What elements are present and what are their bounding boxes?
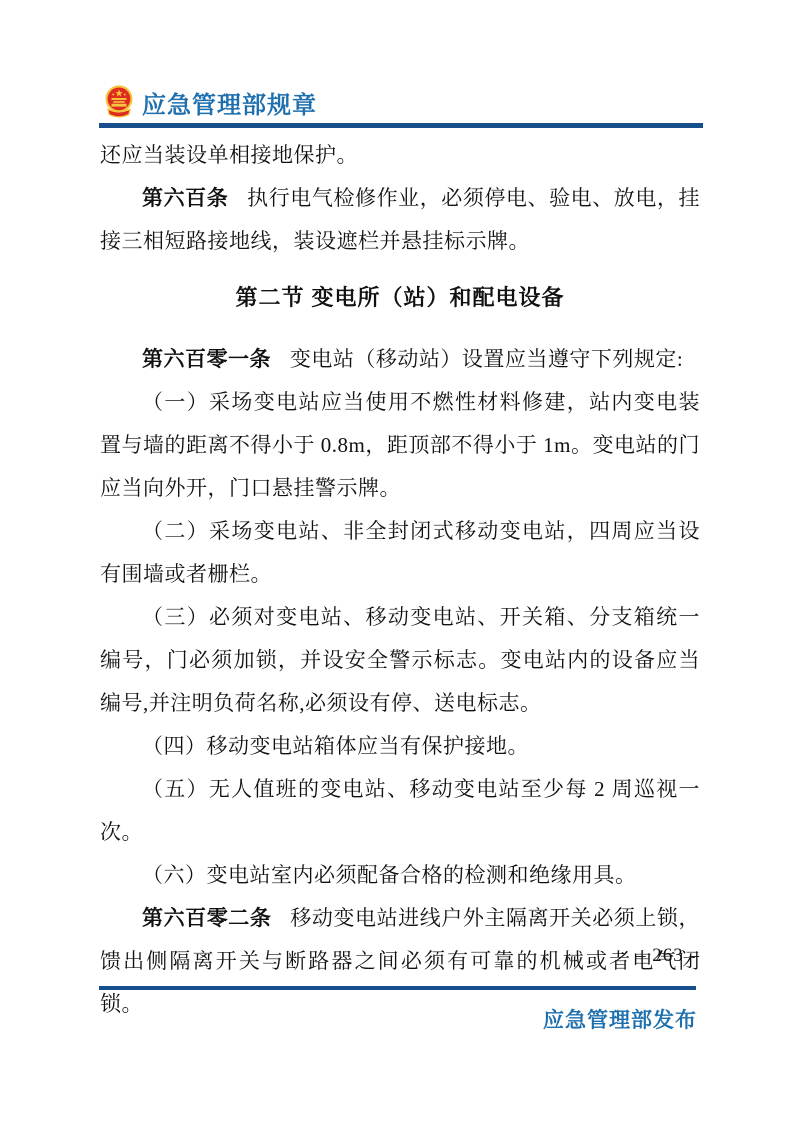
item-3: （三）必须对变电站、移动变电站、开关箱、分支箱统一编号，门必须加锁，并设安全警示… [100, 596, 700, 725]
article-600: 第六百条执行电气检修作业，必须停电、验电、放电，挂接三相短路接地线，装设遮栏并悬… [100, 177, 700, 263]
page-number: – 263 – [100, 945, 700, 967]
item-2: （二）采场变电站、非全封闭式移动变电站，四周应当设有围墙或者栅栏。 [100, 510, 700, 596]
item-6: （六）变电站室内必须配备合格的检测和绝缘用具。 [100, 854, 700, 897]
page-header: 应急管理部规章 [103, 84, 317, 120]
header-title: 应急管理部规章 [142, 85, 317, 120]
section-heading: 第二节 变电所（站）和配电设备 [100, 276, 700, 319]
paragraph-text: （四）移动变电站箱体应当有保护接地。 [142, 734, 529, 758]
item-5: （五）无人值班的变电站、移动变电站至少每 2 周巡视一次。 [100, 768, 700, 854]
paragraph-text: 还应当装设单相接地保护。 [100, 143, 358, 167]
paragraph-text: （二）采场变电站、非全封闭式移动变电站，四周应当设有围墙或者栅栏。 [100, 519, 700, 586]
paragraph-text: （六）变电站室内必须配备合格的检测和绝缘用具。 [142, 863, 637, 887]
paragraph-continuation: 还应当装设单相接地保护。 [100, 134, 700, 177]
header-rule [99, 123, 703, 128]
item-1: （一）采场变电站应当使用不燃性材料修建，站内变电装置与墙的距离不得小于 0.8m… [100, 381, 700, 510]
article-lead: 第六百零一条 [142, 348, 271, 371]
national-emblem-icon [103, 84, 135, 120]
item-4: （四）移动变电站箱体应当有保护接地。 [100, 725, 700, 768]
paragraph-text: （一）采场变电站应当使用不燃性材料修建，站内变电装置与墙的距离不得小于 0.8m… [100, 390, 700, 500]
paragraph-text: （五）无人值班的变电站、移动变电站至少每 2 周巡视一次。 [100, 777, 700, 844]
paragraph-text: （三）必须对变电站、移动变电站、开关箱、分支箱统一编号，门必须加锁，并设安全警示… [100, 605, 700, 715]
publisher-label: 应急管理部发布 [100, 1004, 697, 1034]
paragraph-text: 变电站（移动站）设置应当遵守下列规定: [290, 347, 683, 371]
footer-rule [99, 986, 696, 990]
article-lead: 第六百零二条 [142, 907, 271, 930]
article-601: 第六百零一条变电站（移动站）设置应当遵守下列规定: [100, 338, 700, 381]
article-lead: 第六百条 [142, 187, 228, 210]
document-body: 还应当装设单相接地保护。 第六百条执行电气检修作业，必须停电、验电、放电，挂接三… [100, 134, 700, 1026]
document-page: 应急管理部规章 还应当装设单相接地保护。 第六百条执行电气检修作业，必须停电、验… [0, 0, 793, 1122]
